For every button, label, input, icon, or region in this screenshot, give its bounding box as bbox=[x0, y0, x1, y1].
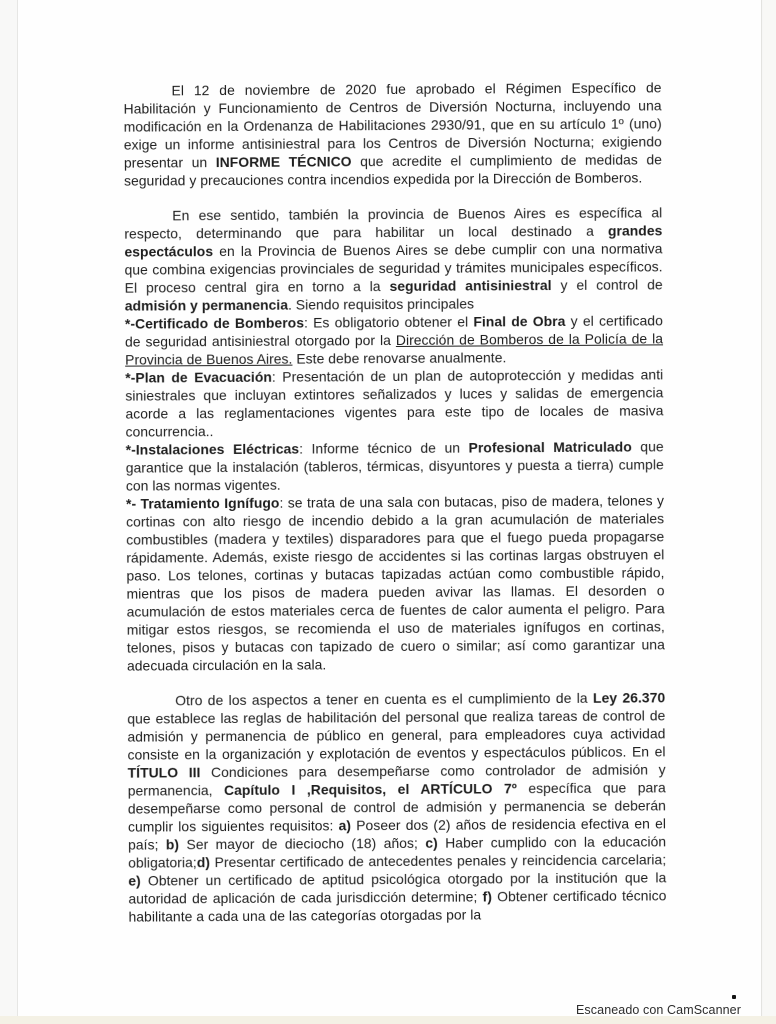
scanned-document-page: El 12 de noviembre de 2020 fue aprobado … bbox=[17, 0, 762, 1024]
text-run: que establece las reglas de habilitación… bbox=[127, 707, 665, 762]
scan-bottom-edge bbox=[0, 1016, 776, 1024]
text-run: : se trata de una sala con butacas, piso… bbox=[126, 492, 665, 673]
paragraph-3: *-Certificado de Bomberos: Es obligatori… bbox=[125, 311, 663, 368]
text-run: c) bbox=[425, 835, 438, 851]
text-run: Este debe renovarse anualmente. bbox=[292, 349, 506, 366]
text-run: f) bbox=[483, 888, 492, 904]
text-run: b) bbox=[166, 836, 179, 852]
scan-left-gutter bbox=[0, 0, 17, 1024]
text-run: En ese sentido, también la provincia de … bbox=[124, 204, 662, 241]
text-run: Final de Obra bbox=[473, 313, 565, 330]
text-run: seguridad antisiniestral bbox=[389, 277, 551, 294]
text-run: INFORME TÉCNICO bbox=[216, 153, 352, 170]
text-run: Presentar certificado de antecedentes pe… bbox=[210, 851, 666, 870]
text-run: e) bbox=[128, 873, 141, 889]
text-run: *- Tratamiento Ignífugo bbox=[126, 495, 280, 512]
text-run: a) bbox=[339, 817, 352, 833]
text-run: Ser mayor de dieciocho (18) años; bbox=[179, 835, 425, 853]
scan-right-gutter bbox=[763, 0, 776, 1024]
paragraph-1: El 12 de noviembre de 2020 fue aprobado … bbox=[123, 78, 662, 189]
text-run: : Es obligatorio obtener el bbox=[304, 314, 473, 331]
text-run: Profesional Matriculado bbox=[469, 439, 632, 456]
text-run: d) bbox=[197, 854, 210, 870]
text-run: Ley 26.370 bbox=[593, 689, 665, 705]
paragraph-5: *-Instalaciones Eléctricas: Informe técn… bbox=[126, 437, 664, 494]
text-run: TÍTULO III bbox=[128, 764, 201, 780]
document-body: El 12 de noviembre de 2020 fue aprobado … bbox=[123, 78, 666, 925]
paragraph-6: *- Tratamiento Ignífugo: se trata de una… bbox=[126, 491, 665, 674]
text-run: Capítulo I ,Requisitos, el ARTÍCULO 7º bbox=[224, 780, 517, 798]
text-run: : Informe técnico de un bbox=[299, 440, 469, 457]
text-run: . Siendo requisitos principales bbox=[288, 296, 474, 313]
camscanner-credit: Escaneado con CamScanner bbox=[576, 1003, 741, 1017]
text-run: *-Certificado de Bomberos bbox=[125, 315, 304, 332]
text-run: y el control de bbox=[552, 276, 663, 293]
text-run: admisión y permanencia bbox=[125, 297, 288, 314]
scan-artifact-dot bbox=[732, 995, 736, 999]
scanned-document: El 12 de noviembre de 2020 fue aprobado … bbox=[0, 0, 776, 1024]
paragraph-7: Otro de los aspectos a tener en cuenta e… bbox=[127, 688, 666, 925]
paragraph-2: En ese sentido, también la provincia de … bbox=[124, 203, 663, 314]
text-run: *-Plan de Evacuación bbox=[125, 369, 272, 386]
text-run: Otro de los aspectos a tener en cuenta e… bbox=[175, 690, 593, 709]
text-run: *-Instalaciones Eléctricas bbox=[126, 441, 300, 458]
paragraph-4: *-Plan de Evacuación: Presentación de un… bbox=[125, 365, 663, 440]
